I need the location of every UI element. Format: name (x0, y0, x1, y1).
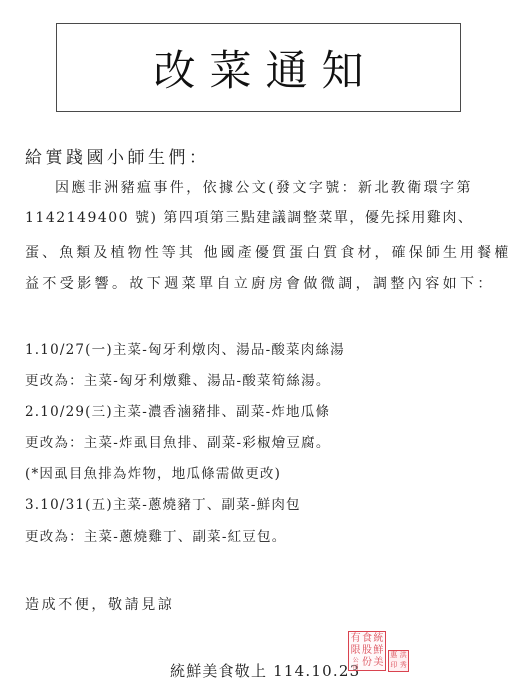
body-line-3: 蛋、魚類及植物性等其 他國產優質蛋白質食材，確保師生用餐權 (25, 244, 508, 262)
change-2-original: 2.10/29(三)主菜-濃香滷豬排、副菜-炸地瓜條 (25, 403, 330, 421)
body-line-2: 1142149400 號) 第四項第三點建議調整菜單，優先採用雞肉、 (25, 209, 473, 227)
page-title: 改菜通知 (139, 38, 377, 98)
title-box: 改菜通知 (56, 23, 461, 112)
change-2-new: 更改為：主菜-炸虱目魚排、副菜-彩椒燴豆腐。 (25, 434, 331, 452)
seal-char: 惠 (389, 651, 399, 661)
seal-char: 鮮 (373, 645, 384, 657)
seal-char: 股 (361, 645, 372, 657)
seal-char: 美 (373, 657, 384, 671)
signature: 統鮮美食敬上 114.10.23 (170, 660, 360, 681)
personal-seal-stamp: 洪 秀 惠 印 (388, 650, 409, 672)
body-line-4: 益不受影響。故下週菜單自立廚房會做微調，調整內容如下： (25, 275, 495, 293)
seal-char: 有 (350, 633, 361, 645)
change-3-original: 3.10/31(五)主菜-蔥燒豬丁、副菜-鮮肉包 (25, 496, 301, 514)
body-line-1: 因應非洲豬瘟事件，依據公文(發文字號：新北教衛環字第 (55, 179, 473, 197)
seal-char: 食 (361, 633, 372, 645)
seal-char: 公司 (350, 657, 361, 671)
seal-char: 印 (389, 661, 399, 671)
company-seal-stamp: 統 鮮 美 食 股 份 有 限 公司 (348, 631, 386, 671)
greeting: 給實踐國小師生們： (25, 149, 210, 167)
closing-text: 造成不便，敬請見諒 (25, 596, 174, 614)
change-1-original: 1.10/27(一)主菜-匈牙利燉肉、湯品-酸菜肉絲湯 (25, 341, 345, 359)
change-2-note: (*因虱目魚排為炸物，地瓜條需做更改) (25, 465, 281, 483)
seal-char: 秀 (399, 661, 409, 671)
seal-char: 洪 (399, 651, 409, 661)
change-1-new: 更改為：主菜-匈牙利燉雞、湯品-酸菜筍絲湯。 (25, 372, 331, 390)
seal-char: 份 (361, 657, 372, 671)
seal-char: 限 (350, 645, 361, 657)
change-3-new: 更改為：主菜-蔥燒雞丁、副菜-紅豆包。 (25, 528, 286, 546)
seal-char: 統 (373, 633, 384, 645)
